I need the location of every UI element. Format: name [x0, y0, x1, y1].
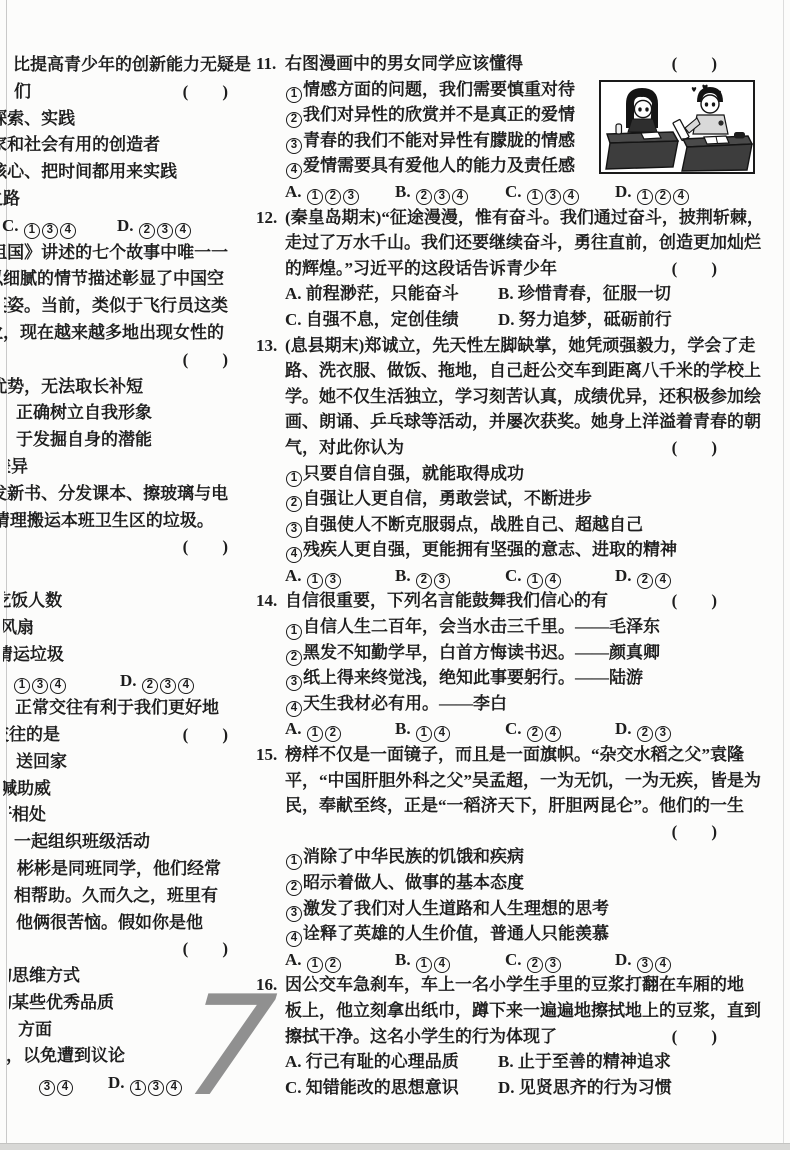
text-line: 送回家	[0, 749, 252, 776]
option: A. 123	[285, 179, 395, 205]
text-line: 比提高青少年的创新能力无疑是	[0, 52, 252, 79]
line-text: 思维方式	[12, 966, 80, 985]
text-line: 学。她不仅生活独立，学习刻苦认真，成绩优异，还积极参加绘	[285, 384, 745, 410]
option: A. 12	[285, 716, 395, 742]
circled-number: 3	[32, 678, 48, 694]
option: B. 234	[395, 179, 505, 205]
line-text: 榜样不仅是一面镜子，而且是一面旗帜。“杂交水稻之父”袁隆	[285, 745, 744, 764]
circled-number: 3	[160, 678, 176, 694]
right-column-questions: ( )11.右图漫画中的男女同学应该懂得1情感方面的问题，我们需要慎重对待2我们…	[285, 51, 745, 1100]
line-text: 于发掘自身的潜能	[16, 430, 152, 449]
line-text: 4天生我材必有用。——李白	[285, 694, 507, 713]
circled-number: 4	[286, 931, 302, 947]
option-row: A. 12B. 14C. 24D. 23	[285, 716, 745, 742]
option: C. 24	[505, 716, 615, 742]
line-text: (秦皇岛期末)“征途漫漫，惟有奋斗。我们通过奋斗，披荆斩棘，	[285, 208, 764, 227]
circled-number: 2	[325, 189, 341, 205]
option: C. 134	[505, 179, 615, 205]
line-text: ，以免遭到议论	[6, 1046, 125, 1065]
line-text: 运垃圾	[13, 645, 64, 664]
circled-number: 4	[673, 189, 689, 205]
left-column-clipped-text: 比提高青少年的创新能力无疑是( )们探索、实践家和社会有用的创造者核心、把时间都…	[0, 52, 252, 1097]
text-line: 正确树立自我形象	[0, 400, 252, 427]
line-text: 3自强使人不断克服弱点，战胜自己、超越自己	[285, 515, 643, 534]
option-row: A. 行己有耻的心理品质B. 止于至善的精神追求	[285, 1049, 745, 1075]
text-line: 祖国》讲述的七个故事中唯一一	[0, 240, 252, 267]
page-right-edge-line	[783, 0, 784, 1150]
classroom-deskmates-cartoon	[601, 82, 753, 172]
circled-number: 3	[434, 189, 450, 205]
line-text: 擦拭干净。这名小学生的行为体现了	[285, 1027, 557, 1046]
option: C. 14	[505, 563, 615, 589]
text-line: 路、洗衣服、做饭、拖地，自己赶公交车到距离八千米的学校上	[285, 358, 745, 384]
question-number: 11.	[256, 51, 276, 77]
text-line: 风扇	[0, 615, 252, 642]
question-13: 13.(息县期末)郑诚立，先天性左脚缺掌，她凭顽强毅力，学会了走路、洗衣服、做饭…	[285, 333, 745, 589]
boy-student	[673, 87, 728, 141]
line-text: 相帮助。久而久之，班里有	[14, 886, 218, 905]
text-line: 平，“中国肝胆外科之父”吴孟超，一为无饥，一为无疾，皆是为	[285, 768, 745, 794]
line-text: 自信很重要，下列名言能鼓舞我们信心的有	[285, 591, 608, 610]
answer-bracket: ( )	[672, 1024, 717, 1050]
option-row: C. 自强不息，定创佳绩D. 努力追梦，砥砺前行	[285, 307, 745, 333]
text-line: 民，奉献至终，正是“一稻济天下，肝胆两昆仑”。他们的一生	[285, 793, 745, 819]
question-number: 14.	[256, 588, 277, 614]
text-line: 3自强使人不断克服弱点，战胜自己、超越自己	[285, 512, 745, 538]
circled-number: 4	[655, 573, 671, 589]
circled-number: 2	[655, 189, 671, 205]
circled-number: 2	[416, 189, 432, 205]
exam-paper-page: 7 比提高青少年的创新能力无疑是( )们探索、实践家和社会有用的创造者核心、把时…	[0, 0, 790, 1150]
text-line: ( )气，对此你认为	[285, 435, 745, 461]
circled-number: 2	[286, 650, 302, 666]
question-number: 13.	[256, 333, 277, 359]
option-row: A. 123B. 234C. 134D. 124	[285, 179, 745, 205]
circled-number: 4	[60, 223, 76, 239]
line-text: 学。她不仅生活独立，学习刻苦认真，成绩优异，还积极参加绘	[285, 387, 761, 406]
line-text: 路	[3, 189, 20, 208]
circled-number: 2	[637, 726, 653, 742]
option: D. 努力追梦，砥砺前行	[498, 307, 672, 333]
option-row: 134D. 234	[0, 668, 252, 695]
line-text: 1自信人生二百年，会当水击三千里。——毛泽东	[285, 617, 660, 636]
option: C. 自强不息，定创佳绩	[285, 307, 498, 333]
text-line: 的某些优秀品质	[0, 990, 252, 1017]
answer-bracket: ( )	[672, 588, 717, 614]
text-line: 喊助威	[0, 776, 252, 803]
text-line: 3纸上得来终觉浅，绝知此事要躬行。——陆游	[285, 665, 745, 691]
answer-bracket: ( )	[672, 819, 717, 845]
option: A. 12	[285, 947, 395, 973]
circled-number: 4	[545, 573, 561, 589]
line-text: 彬彬是同班同学，他们经常	[17, 859, 221, 878]
line-text: 助威	[17, 779, 51, 798]
question-16: 16.因公交车急刹车，车上一名小学生手里的豆浆打翻在车厢的地板上，他立刻拿出纸巾…	[285, 972, 745, 1100]
option: 134	[13, 668, 120, 695]
line-text: 比提高青少年的创新能力无疑是	[13, 55, 251, 74]
question-stem: 12.(秦皇岛期末)“征途漫漫，惟有奋斗。我们通过奋斗，披荆斩棘，	[285, 205, 745, 231]
option: C. 23	[505, 947, 615, 973]
text-line: 方面	[0, 1017, 252, 1044]
text-line: 一起组织班级活动	[0, 829, 252, 856]
option: B. 14	[395, 716, 505, 742]
option: D. 23	[615, 716, 672, 742]
question-number: 16.	[256, 972, 277, 998]
line-text: 4残疾人更自强，更能拥有坚强的意志、进取的精神	[285, 540, 677, 559]
line-text: 理搬运本班卫生区的垃圾。	[10, 511, 214, 530]
circled-number: 3	[157, 223, 173, 239]
line-text: 右图漫画中的男女同学应该懂得	[285, 54, 523, 73]
boy-desk	[682, 132, 752, 171]
circled-number: 1	[286, 624, 302, 640]
line-text: 方面	[18, 1020, 52, 1039]
question-stem: ( )11.右图漫画中的男女同学应该懂得	[285, 51, 745, 77]
circled-number: 3	[42, 223, 58, 239]
circled-number: 3	[545, 189, 561, 205]
option: B. 珍惜青春，征服一切	[498, 281, 671, 307]
text-line: 相帮助。久而久之，班里有	[0, 883, 252, 910]
text-line: 优势，无法取长补短	[0, 374, 252, 401]
option: B. 14	[395, 947, 505, 973]
circled-number: 2	[325, 957, 341, 973]
line-text: 因公交车急刹车，车上一名小学生手里的豆浆打翻在车厢的地	[285, 975, 744, 994]
circled-number: 2	[139, 223, 155, 239]
circled-number: 3	[286, 675, 302, 691]
text-line: ( )们	[0, 79, 252, 106]
option-row: 34D. 134	[0, 1070, 252, 1097]
text-line: 之路	[0, 186, 252, 213]
option-row: A. 13B. 23C. 14D. 24	[285, 563, 745, 589]
line-text: 2自强让人更自信，勇敢尝试，不断进步	[285, 489, 592, 508]
circled-number: 1	[307, 726, 323, 742]
answer-bracket: ( )	[672, 435, 717, 461]
line-text: 索、实践	[7, 109, 75, 128]
circled-number: 3	[325, 573, 341, 589]
line-text: 气，对此你认为	[285, 438, 404, 457]
circled-number: 1	[307, 189, 323, 205]
clipped-character: 清	[3, 642, 13, 669]
option: 34	[38, 1070, 108, 1097]
girl-student	[626, 88, 658, 132]
text-line: 差异	[0, 454, 252, 481]
option: D. 见贤思齐的行为习惯	[498, 1075, 672, 1101]
circled-number: 4	[434, 726, 450, 742]
question-number: 15.	[256, 742, 277, 768]
text-line: 板上，他立刻拿出纸巾，蹲下来一遍遍地擦拭地上的豆浆，直到	[285, 998, 745, 1024]
circled-number: 2	[286, 112, 302, 128]
text-line: ( )擦拭干净。这名小学生的行为体现了	[285, 1024, 745, 1050]
circled-number: 2	[637, 573, 653, 589]
circled-number: 1	[14, 678, 30, 694]
text-line: 2自强让人更自信，勇敢尝试，不断进步	[285, 486, 745, 512]
bracket-line: ( )	[285, 819, 745, 845]
circled-number: 1	[286, 471, 302, 487]
option: A. 前程渺茫，只能奋斗	[285, 281, 498, 307]
circled-number: 1	[527, 189, 543, 205]
line-text: 板上，他立刻拿出纸巾，蹲下来一遍遍地擦拭地上的豆浆，直到	[285, 1001, 761, 1020]
text-line: 核心、把时间都用来实践	[0, 159, 252, 186]
line-text: 姿。当前，类似于飞行员这类	[7, 296, 228, 315]
line-text: 的辉煌。”习近平的这段话告诉青少年	[285, 259, 557, 278]
line-text: 新书、分发课本、擦玻璃与电	[7, 484, 228, 503]
circled-number: 1	[130, 1080, 146, 1096]
circled-number: 2	[286, 496, 302, 512]
option-row: A. 前程渺茫，只能奋斗B. 珍惜青春，征服一切	[285, 281, 745, 307]
circled-number: 2	[527, 726, 543, 742]
question-stem: 13.(息县期末)郑诚立，先天性左脚缺掌，她凭顽强毅力，学会了走	[285, 333, 745, 359]
line-text: 1消除了中华民族的饥饿和疾病	[285, 847, 524, 866]
answer-bracket: ( )	[183, 722, 228, 749]
question-number: 12.	[256, 205, 277, 231]
question-stem: 15.榜样不仅是一面镜子，而且是一面旗帜。“杂交水稻之父”袁隆	[285, 742, 745, 768]
line-text: 民，奉献至终，正是“一稻济天下，肝胆两昆仑”。他们的一生	[285, 796, 744, 815]
circled-number: 1	[307, 573, 323, 589]
clipped-character: 清	[0, 508, 10, 535]
circled-number: 1	[416, 726, 432, 742]
option: B. 止于至善的精神追求	[498, 1049, 671, 1075]
option: D. 24	[615, 563, 672, 589]
line-text: 2昭示着做人、做事的基本态度	[285, 873, 524, 892]
circled-number: 4	[57, 1080, 73, 1096]
circled-number: 1	[416, 957, 432, 973]
circled-number: 4	[286, 547, 302, 563]
circled-number: 1	[637, 189, 653, 205]
text-line: 清运垃圾	[0, 642, 252, 669]
text-line: 2黑发不知勤学早，白首方悔读书迟。——颜真卿	[285, 640, 745, 666]
line-text: 4爱情需要具有爱他人的能力及责任感	[285, 156, 575, 175]
line-text: 们	[14, 82, 31, 101]
option: D. 234	[120, 668, 195, 695]
text-line: ( )	[0, 347, 252, 374]
line-text: 路、洗衣服、做饭、拖地，自己赶公交车到距离八千米的学校上	[285, 361, 761, 380]
circled-number: 1	[286, 854, 302, 870]
question-14: ( )14.自信很重要，下列名言能鼓舞我们信心的有1自信人生二百年，会当水击三千…	[285, 588, 745, 742]
text-line: 清理搬运本班卫生区的垃圾。	[0, 508, 252, 535]
option: C. 134	[2, 213, 117, 240]
option-row: A. 12B. 14C. 23D. 34	[285, 947, 745, 973]
text-line: 3激发了我们对人生道路和人生理想的思考	[285, 896, 745, 922]
text-line: 业，现在越来越多地出现女性的	[0, 320, 252, 347]
clipped-character: 喊	[3, 776, 17, 803]
text-line: 1只要自信自强，就能取得成功	[285, 461, 745, 487]
answer-bracket: ( )	[183, 79, 228, 106]
text-line: 正常交往有利于我们更好地	[0, 695, 252, 722]
option: D. 234	[117, 213, 192, 240]
text-line: 于发掘自身的潜能	[0, 427, 252, 454]
text-line: 4诠释了英雄的人生价值，普通人只能羡慕	[285, 921, 745, 947]
circled-number: 4	[655, 957, 671, 973]
line-text: 国》讲述的七个故事中唯一一	[7, 243, 228, 262]
line-text: 异	[11, 457, 28, 476]
text-line: 吃饭人数	[0, 588, 252, 615]
line-text: 1只要自信自强，就能取得成功	[285, 464, 524, 483]
page-bottom-edge	[0, 1143, 790, 1150]
circled-number: 3	[637, 957, 653, 973]
option-row: C. 知错能改的思想意识D. 见贤思齐的行为习惯	[285, 1075, 745, 1101]
text-line: ( )的辉煌。”习近平的这段话告诉青少年	[285, 256, 745, 282]
circled-number: 2	[142, 678, 158, 694]
text-line: 他俩很苦恼。假如你是他	[0, 910, 252, 937]
option: A. 13	[285, 563, 395, 589]
text-line: 1自信人生二百年，会当水击三千里。——毛泽东	[285, 614, 745, 640]
line-text: 势，无法取长补短	[7, 377, 143, 396]
option: D. 124	[615, 179, 690, 205]
circled-number: 1	[527, 573, 543, 589]
circled-number: 3	[343, 189, 359, 205]
text-line: 4天生我材必有用。——李白	[285, 691, 745, 717]
blank-line	[0, 561, 252, 588]
circled-number: 4	[166, 1080, 182, 1096]
text-line: 的思维方式	[0, 963, 252, 990]
circled-number: 3	[148, 1080, 164, 1096]
circled-number: 3	[39, 1080, 55, 1096]
circled-number: 3	[434, 573, 450, 589]
circled-number: 4	[452, 189, 468, 205]
circled-number: 3	[286, 138, 302, 154]
text-line: 家和社会有用的创造者	[0, 132, 252, 159]
option: D. 134	[108, 1070, 183, 1097]
line-text: ，现在越来越多地出现女性的	[3, 323, 224, 342]
text-line: 英姿。当前，类似于飞行员这类	[0, 293, 252, 320]
circled-number: 4	[563, 189, 579, 205]
line-text: 送回家	[16, 752, 67, 771]
option: B. 23	[395, 563, 505, 589]
circled-number: 4	[434, 957, 450, 973]
line-text: 2我们对异性的欣赏并不是真正的爱情	[285, 105, 575, 124]
text-line: ( )交往的是	[0, 722, 252, 749]
line-text: 细腻的情节描述彰显了中国空	[3, 269, 224, 288]
answer-bracket: ( )	[672, 51, 717, 77]
line-text: (息县期末)郑诚立，先天性左脚缺掌，她凭顽强毅力，学会了走	[285, 336, 755, 355]
text-line: 探索、实践	[0, 106, 252, 133]
question-stem: ( )14.自信很重要，下列名言能鼓舞我们信心的有	[285, 588, 745, 614]
line-text: 平，“中国肝胆外科之父”吴孟超，一为无饥，一为无疾，皆是为	[285, 771, 761, 790]
text-line: 以细腻的情节描述彰显了中国空	[0, 266, 252, 293]
line-text: 饭人数	[11, 591, 62, 610]
text-line: 走过了万水千山。我们还要继续奋斗，勇往直前，创造更加灿烂	[285, 230, 745, 256]
circled-number: 3	[286, 522, 302, 538]
text-line: 4残疾人更自强，更能拥有坚强的意志、进取的精神	[285, 537, 745, 563]
text-line: 发新书、分发课本、擦玻璃与电	[0, 481, 252, 508]
line-text: 扇	[17, 618, 34, 637]
circled-number: 3	[286, 906, 302, 922]
option: A. 行己有耻的心理品质	[285, 1049, 498, 1075]
line-text: 相处	[12, 805, 46, 824]
line-text: 他俩很苦恼。假如你是他	[16, 913, 203, 932]
q11-cartoon-image	[599, 80, 755, 174]
text-line: ( )	[0, 936, 252, 963]
answer-bracket: ( )	[183, 936, 228, 963]
circled-number: 2	[286, 880, 302, 896]
circled-number: 1	[24, 223, 40, 239]
circled-number: 4	[50, 678, 66, 694]
line-text: 2黑发不知勤学早，白首方悔读书迟。——颜真卿	[285, 643, 660, 662]
text-line: 彬彬是同班同学，他们经常	[0, 856, 252, 883]
circled-number: 4	[545, 726, 561, 742]
circled-number: 1	[286, 87, 302, 103]
answer-bracket: ( )	[183, 534, 228, 561]
circled-number: 4	[286, 701, 302, 717]
question-15: 15.榜样不仅是一面镜子，而且是一面旗帜。“杂交水稻之父”袁隆平，“中国肝胆外科…	[285, 742, 745, 972]
text-line: 画、朗诵、乒乓球等活动，并屡次获奖。她身上洋溢着青春的朝	[285, 409, 745, 435]
option: C. 知错能改的思想意识	[285, 1075, 498, 1101]
line-text: 1情感方面的问题，我们需要慎重对待	[285, 80, 575, 99]
line-text: 3激发了我们对人生道路和人生理想的思考	[285, 899, 609, 918]
circled-number: 2	[325, 726, 341, 742]
line-text: 一起组织班级活动	[14, 832, 150, 851]
answer-bracket: ( )	[183, 347, 228, 374]
line-text: 3纸上得来终觉浅，绝知此事要躬行。——陆游	[285, 668, 643, 687]
circled-number: 4	[178, 678, 194, 694]
answer-bracket: ( )	[672, 256, 717, 282]
line-text: 心、把时间都用来实践	[7, 162, 177, 181]
line-text: 画、朗诵、乒乓球等活动，并屡次获奖。她身上洋溢着青春的朝	[285, 412, 761, 431]
line-text: 正常交往有利于我们更好地	[15, 698, 219, 717]
line-text: 某些优秀品质	[12, 993, 114, 1012]
circled-number: 4	[286, 163, 302, 179]
line-text: 走过了万水千山。我们还要继续奋斗，勇往直前，创造更加灿烂	[285, 233, 761, 252]
option-row: C. 134D. 234	[0, 213, 252, 240]
text-line: 2昭示着做人、做事的基本态度	[285, 870, 745, 896]
option: D. 34	[615, 947, 672, 973]
text-line: 1消除了中华民族的饥饿和疾病	[285, 844, 745, 870]
question-12: 12.(秦皇岛期末)“征途漫漫，惟有奋斗。我们通过奋斗，披荆斩棘，走过了万水千山…	[285, 205, 745, 333]
question-stem: 16.因公交车急刹车，车上一名小学生手里的豆浆打翻在车厢的地	[285, 972, 745, 998]
text-line: ( )	[0, 534, 252, 561]
line-text: 和社会有用的创造者	[7, 135, 160, 154]
circled-number: 2	[416, 573, 432, 589]
text-line: 好相处	[0, 802, 252, 829]
circled-number: 4	[175, 223, 191, 239]
text-line: ，以免遭到议论	[0, 1043, 252, 1070]
line-text: 往的是	[9, 725, 60, 744]
circled-number: 3	[545, 957, 561, 973]
circled-number: 3	[655, 726, 671, 742]
clipped-character: 风	[3, 615, 17, 642]
line-text: 4诠释了英雄的人生价值，普通人只能羡慕	[285, 924, 609, 943]
line-text: 3青春的我们不能对异性有朦胧的情感	[285, 131, 575, 150]
circled-number: 1	[307, 957, 323, 973]
circled-number: 2	[527, 957, 543, 973]
line-text: 正确树立自我形象	[16, 403, 152, 422]
